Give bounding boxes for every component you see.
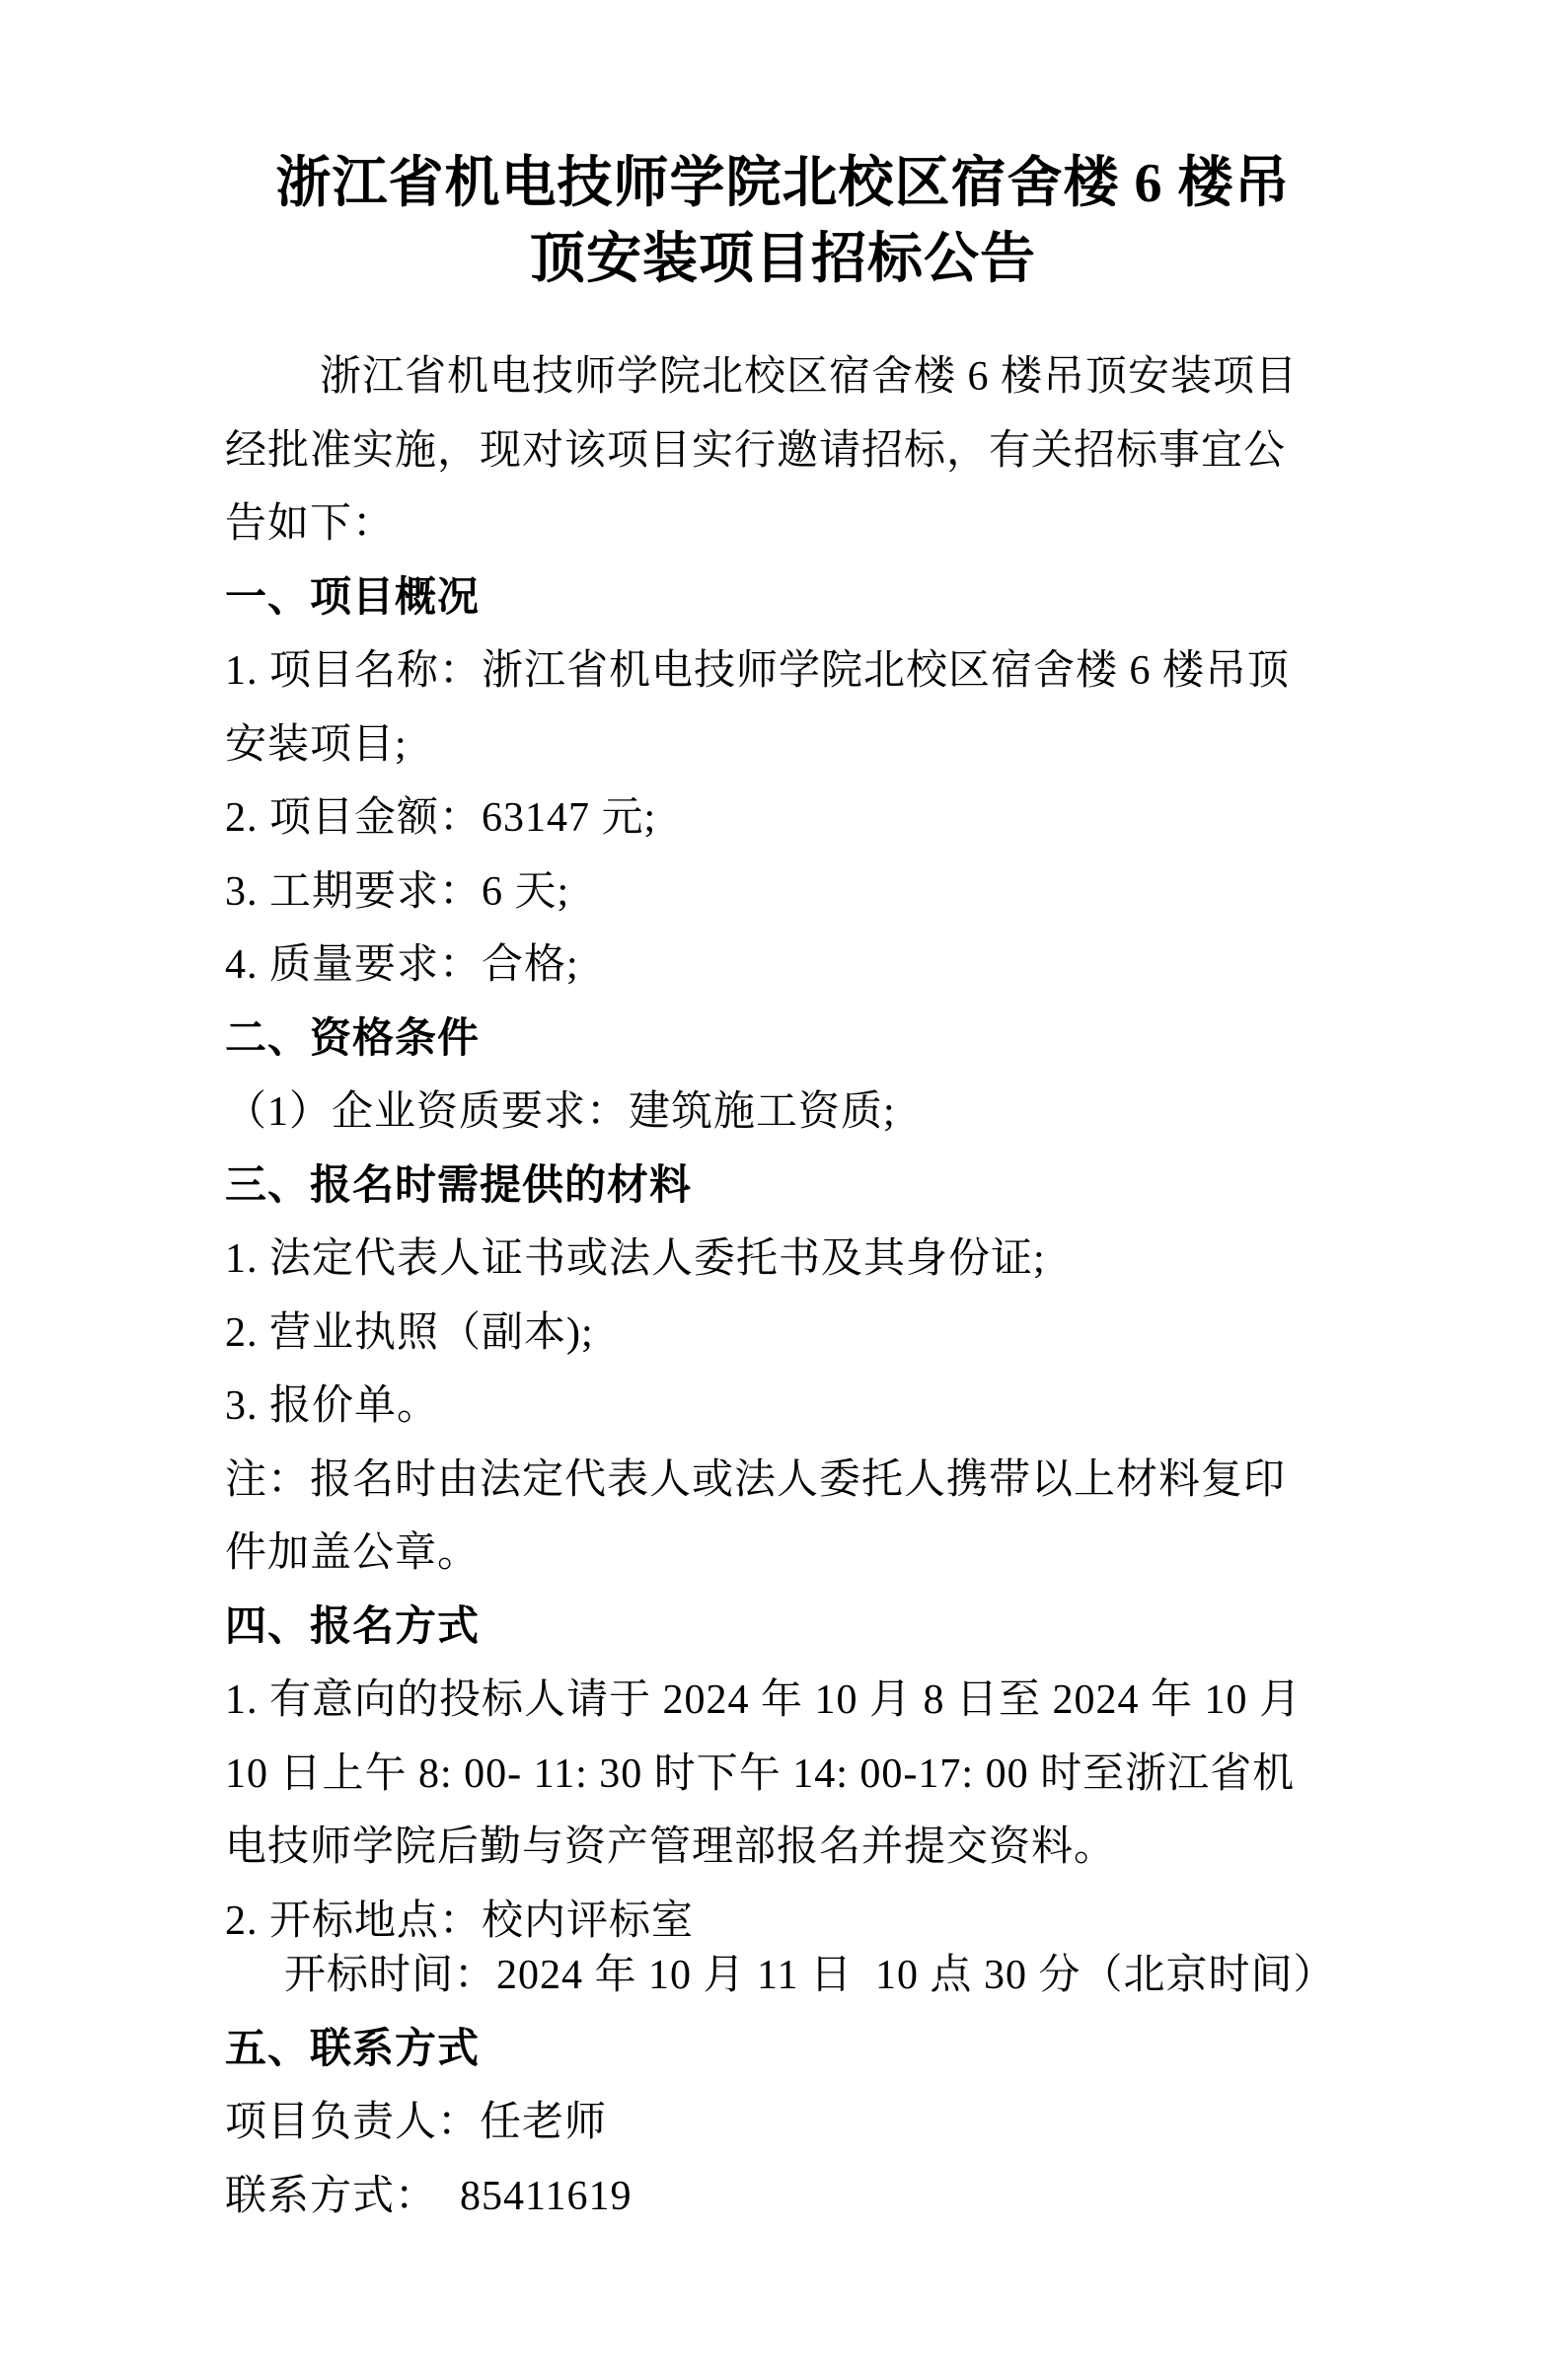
heading-qualification-conditions: 二、资格条件 (225, 1003, 1341, 1077)
material-item-1: 1. 法定代表人证书或法人委托书及其身份证; (225, 1223, 1341, 1297)
project-amount: 2. 项目金额：63147 元; (225, 781, 1341, 855)
bid-opening-time: 开标时间：2024 年 10 月 11 日 10 点 30 分（北京时间） (225, 1939, 1341, 2013)
heading-required-materials: 三、报名时需提供的材料 (225, 1150, 1341, 1224)
document-title: 浙江省机电技师学院北校区宿舍楼 6 楼吊 顶安装项目招标公告 (225, 146, 1341, 298)
heading-registration-method: 四、报名方式 (225, 1591, 1341, 1665)
registration-instruction-line-1: 1. 有意向的投标人请于 2024 年 10 月 8 日至 2024 年 10 … (225, 1664, 1341, 1738)
intro-paragraph-line-3: 告如下： (225, 487, 1341, 561)
enterprise-qualification-requirement: （1）企业资质要求：建筑施工资质; (225, 1076, 1341, 1150)
materials-note-line-1: 注：报名时由法定代表人或法人委托人携带以上材料复印 (225, 1444, 1341, 1518)
registration-instruction-line-3: 电技师学院后勤与资产管理部报名并提交资料。 (225, 1811, 1341, 1885)
project-name-line-2: 安装项目; (225, 708, 1341, 782)
material-item-3: 3. 报价单。 (225, 1370, 1341, 1444)
contact-phone-number: 联系方式： 85411619 (225, 2160, 1341, 2234)
document-title-line-2: 顶安装项目招标公告 (225, 222, 1341, 298)
document-title-line-1: 浙江省机电技师学院北校区宿舍楼 6 楼吊 (225, 146, 1341, 222)
intro-paragraph-line-2: 经批准实施，现对该项目实行邀请招标，有关招标事宜公 (225, 414, 1341, 488)
intro-paragraph-line-1: 浙江省机电技师学院北校区宿舍楼 6 楼吊顶安装项目 (225, 340, 1341, 414)
project-name-line-1: 1. 项目名称：浙江省机电技师学院北校区宿舍楼 6 楼吊顶 (225, 634, 1341, 708)
duration-requirement: 3. 工期要求：6 天; (225, 855, 1341, 930)
heading-contact-information: 五、联系方式 (225, 2013, 1341, 2087)
project-manager: 项目负责人：任老师 (225, 2086, 1341, 2160)
document-body: 浙江省机电技师学院北校区宿舍楼 6 楼吊顶安装项目 经批准实施，现对该项目实行邀… (225, 340, 1341, 2233)
document-page: 浙江省机电技师学院北校区宿舍楼 6 楼吊 顶安装项目招标公告 浙江省机电技师学院… (0, 0, 1566, 2380)
registration-instruction-line-2: 10 日上午 8: 00- 11: 30 时下午 14: 00-17: 00 时… (225, 1738, 1341, 1812)
material-item-2: 2. 营业执照（副本); (225, 1297, 1341, 1371)
materials-note-line-2: 件加盖公章。 (225, 1517, 1341, 1591)
quality-requirement: 4. 质量要求：合格; (225, 929, 1341, 1003)
heading-project-overview: 一、项目概况 (225, 561, 1341, 635)
